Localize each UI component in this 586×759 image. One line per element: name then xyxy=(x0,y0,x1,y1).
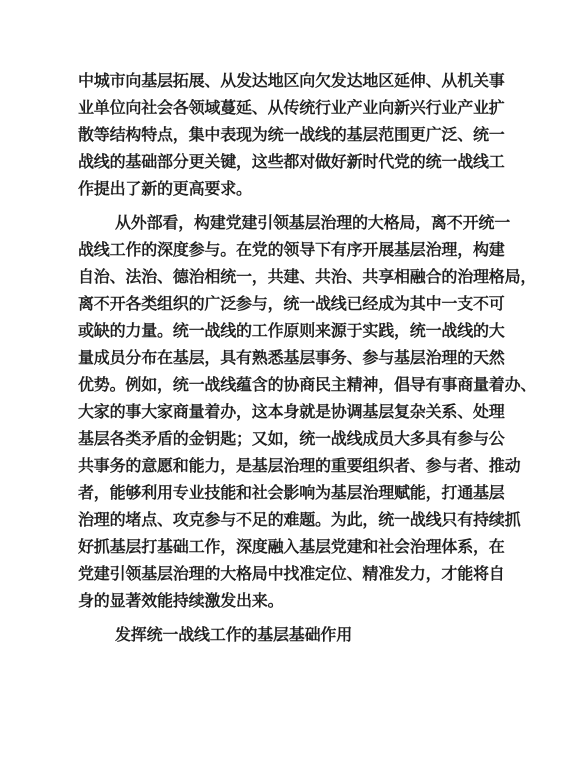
text-line: 从外部看，构建党建引领基层治理的大格局，离不开统一 xyxy=(78,210,514,237)
text-line: 散等结构特点，集中表现为统一战线的基层范围更广泛、统一 xyxy=(78,122,514,149)
text-line: 量成员分布在基层，具有熟悉基层事务、参与基层治理的天然 xyxy=(78,345,514,372)
text-line: 战线的基础部分更关键，这些都对做好新时代党的统一战线工 xyxy=(78,149,514,176)
text-line: 自治、法治、德治相统一，共建、共治、共享相融合的治理格局， xyxy=(78,264,514,291)
text-line: 治理的堵点、攻克参与不足的难题。为此，统一战线只有持续抓 xyxy=(78,507,514,534)
text-line: 基层各类矛盾的金钥匙；又如，统一战线成员大多具有参与公 xyxy=(78,426,514,453)
text-line: 离不开各类组织的广泛参与，统一战线已经成为其中一支不可 xyxy=(78,291,514,318)
text-line: 身的显著效能持续激发出来。 xyxy=(78,588,514,615)
text-line: 党建引领基层治理的大格局中找准定位、精准发力，才能将自 xyxy=(78,561,514,588)
text-line: 者，能够利用专业技能和社会影响为基层治理赋能，打通基层 xyxy=(78,480,514,507)
text-line: 好抓基层打基础工作，深度融入基层党建和社会治理体系，在 xyxy=(78,534,514,561)
text-line: 优势。例如，统一战线蕴含的协商民主精神，倡导有事商量着办、 xyxy=(78,372,514,399)
paragraph-continuation: 中城市向基层拓展、从发达地区向欠发达地区延伸、从机关事业单位向社会各领域蔓延、从… xyxy=(78,68,514,203)
text-line: 共事务的意愿和能力，是基层治理的重要组织者、参与者、推动 xyxy=(78,453,514,480)
text-line: 中城市向基层拓展、从发达地区向欠发达地区延伸、从机关事 xyxy=(78,68,514,95)
text-block: 中城市向基层拓展、从发达地区向欠发达地区延伸、从机关事业单位向社会各领域蔓延、从… xyxy=(78,68,514,649)
text-line: 或缺的力量。统一战线的工作原则来源于实践，统一战线的大 xyxy=(78,318,514,345)
text-line: 战线工作的深度参与。在党的领导下有序开展基层治理，构建 xyxy=(78,237,514,264)
section-heading: 发挥统一战线工作的基层基础作用 xyxy=(78,622,514,649)
paragraph-external-view: 从外部看，构建党建引领基层治理的大格局，离不开统一战线工作的深度参与。在党的领导… xyxy=(78,210,514,615)
text-line: 作提出了新的更高要求。 xyxy=(78,176,514,203)
document-page: 中城市向基层拓展、从发达地区向欠发达地区延伸、从机关事业单位向社会各领域蔓延、从… xyxy=(0,0,586,759)
text-line: 发挥统一战线工作的基层基础作用 xyxy=(78,622,514,649)
text-line: 业单位向社会各领域蔓延、从传统行业产业向新兴行业产业扩 xyxy=(78,95,514,122)
text-line: 大家的事大家商量着办，这本身就是协调基层复杂关系、处理 xyxy=(78,399,514,426)
